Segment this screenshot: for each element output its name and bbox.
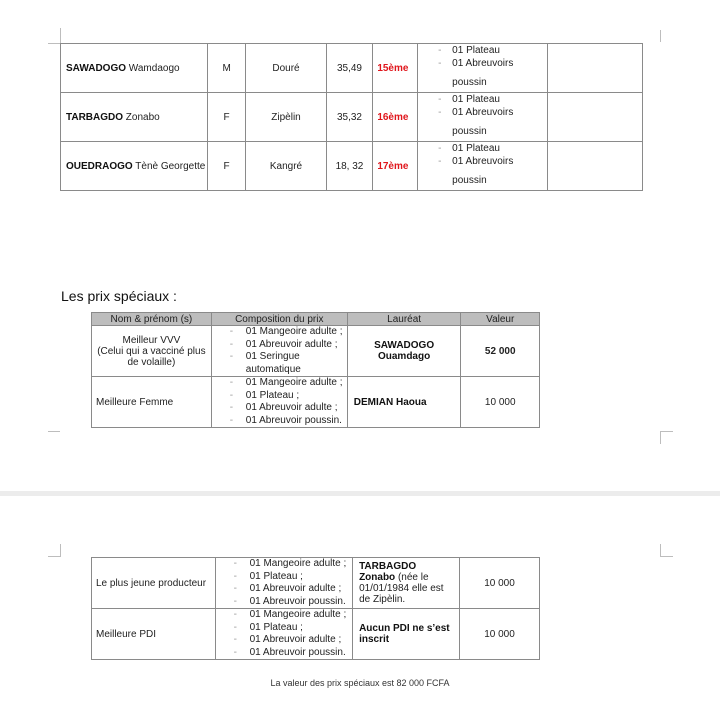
prize-value: 10 000 xyxy=(461,377,540,428)
header-composition: Composition du prix xyxy=(211,313,347,326)
empty-cell xyxy=(548,93,643,142)
prize-list: 01 Plateau01 Abreuvoirspoussin xyxy=(418,93,547,138)
score: 35,49 xyxy=(326,44,373,93)
participant-name: SAWADOGO Wamdaogo xyxy=(61,44,208,93)
last-name: TARBAGDO xyxy=(66,112,123,123)
table-row: TARBAGDO ZonaboFZipèlin35,3216ème01 Plat… xyxy=(61,93,643,142)
table-row: Meilleure PDI01 Mangeoire adulte ;01 Pla… xyxy=(92,609,540,660)
prize-item: 01 Mangeoire adulte ; xyxy=(234,609,353,622)
prize-item: 01 Abreuvoir poussin. xyxy=(230,415,347,428)
laureate-name: SAWADOGO Ouamdago xyxy=(374,340,434,362)
sex: F xyxy=(207,93,246,142)
prize-value: 10 000 xyxy=(460,609,540,660)
prize-name: Meilleure Femme xyxy=(92,377,212,428)
prize-item-continued: poussin xyxy=(438,174,547,187)
prize-item: 01 Mangeoire adulte ; xyxy=(234,558,353,571)
participant-name: TARBAGDO Zonabo xyxy=(61,93,208,142)
prize-item: 01 Abreuvoir adulte ; xyxy=(234,583,353,596)
page-margin-mark xyxy=(48,431,60,444)
score: 18, 32 xyxy=(326,142,373,191)
page-margin-mark xyxy=(660,30,673,42)
participant-name: OUEDRAOGO Tènè Georgette xyxy=(61,142,208,191)
section-heading: Les prix spéciaux : xyxy=(61,288,177,304)
prize-item: 01 Abreuvoirs xyxy=(438,155,547,168)
prize-item-continued: poussin xyxy=(438,76,547,89)
prize-item: 01 Mangeoire adulte ; xyxy=(230,377,347,390)
laureate: DEMIAN Haoua xyxy=(347,377,461,428)
prize-item: 01 Abreuvoir poussin. xyxy=(234,596,353,609)
prize-composition: 01 Plateau01 Abreuvoirspoussin xyxy=(418,44,548,93)
ranking-table: SAWADOGO WamdaogoMDouré35,4915ème01 Plat… xyxy=(60,43,643,191)
page-separator xyxy=(0,491,720,496)
rank: 16ème xyxy=(373,93,418,142)
last-name: OUEDRAOGO xyxy=(66,161,133,172)
special-prizes-table-continued: Le plus jeune producteur01 Mangeoire adu… xyxy=(91,557,540,660)
prize-name: Le plus jeune producteur xyxy=(92,558,216,609)
prize-item: 01 Plateau ; xyxy=(234,571,353,584)
prize-item: 01 Plateau ; xyxy=(234,622,353,635)
header-value: Valeur xyxy=(461,313,540,326)
header-laureate: Lauréat xyxy=(347,313,461,326)
prize-name-line: (Celui qui a vacciné plus de volaille) xyxy=(96,346,207,368)
village: Zipèlin xyxy=(246,93,326,142)
prize-item: 01 Plateau ; xyxy=(230,390,347,403)
village: Douré xyxy=(246,44,326,93)
prize-item: 01 Seringue automatique xyxy=(230,351,347,376)
prize-list: 01 Mangeoire adulte ;01 Plateau ;01 Abre… xyxy=(216,558,353,608)
prize-composition: 01 Mangeoire adulte ;01 Abreuvoir adulte… xyxy=(211,326,347,377)
prize-list: 01 Plateau01 Abreuvoirspoussin xyxy=(418,142,547,187)
prize-item: 01 Plateau xyxy=(438,93,547,106)
table-row: Le plus jeune producteur01 Mangeoire adu… xyxy=(92,558,540,609)
prize-name: Meilleure PDI xyxy=(92,609,216,660)
prize-name-line: Meilleure PDI xyxy=(96,629,211,640)
prize-item-continued: poussin xyxy=(438,125,547,138)
prize-item: 01 Abreuvoir poussin. xyxy=(234,647,353,660)
prize-composition: 01 Mangeoire adulte ;01 Plateau ;01 Abre… xyxy=(215,609,353,660)
prize-item: 01 Abreuvoir adulte ; xyxy=(230,402,347,415)
prize-item: 01 Plateau xyxy=(438,142,547,155)
table-row: Meilleur VVV(Celui qui a vacciné plus de… xyxy=(92,326,540,377)
table-header-row: Nom & prénom (s) Composition du prix Lau… xyxy=(92,313,540,326)
rank: 17ème xyxy=(373,142,418,191)
page-margin-mark xyxy=(660,544,673,557)
prize-name: Meilleur VVV(Celui qui a vacciné plus de… xyxy=(92,326,212,377)
prize-item: 01 Abreuvoir adulte ; xyxy=(230,339,347,352)
prize-list: 01 Mangeoire adulte ;01 Plateau ;01 Abre… xyxy=(216,609,353,659)
prize-value: 10 000 xyxy=(460,558,540,609)
laureate: TARBAGDO Zonabo (née le 01/01/1984 elle … xyxy=(353,558,460,609)
empty-cell xyxy=(548,142,643,191)
prize-name-line: Meilleure Femme xyxy=(96,397,207,408)
table-row: OUEDRAOGO Tènè GeorgetteFKangré18, 3217è… xyxy=(61,142,643,191)
table-row: Meilleure Femme01 Mangeoire adulte ;01 P… xyxy=(92,377,540,428)
prize-item: 01 Abreuvoir adulte ; xyxy=(234,634,353,647)
laureate: SAWADOGO Ouamdago xyxy=(347,326,461,377)
laureate-name: Aucun PDI ne s’est inscrit xyxy=(359,623,450,645)
prize-composition: 01 Plateau01 Abreuvoirspoussin xyxy=(418,93,548,142)
prize-name-line: Le plus jeune producteur xyxy=(96,578,211,589)
special-prizes-table: Nom & prénom (s) Composition du prix Lau… xyxy=(91,312,540,428)
header-name: Nom & prénom (s) xyxy=(92,313,212,326)
prize-item: 01 Mangeoire adulte ; xyxy=(230,326,347,339)
prize-value: 52 000 xyxy=(461,326,540,377)
page-margin-mark xyxy=(660,431,673,444)
prize-composition: 01 Mangeoire adulte ;01 Plateau ;01 Abre… xyxy=(215,558,353,609)
page-margin-mark xyxy=(48,544,61,557)
prize-list: 01 Mangeoire adulte ;01 Abreuvoir adulte… xyxy=(212,326,347,376)
page-margin-mark xyxy=(60,28,61,44)
score: 35,32 xyxy=(326,93,373,142)
prize-item: 01 Abreuvoirs xyxy=(438,106,547,119)
laureate: Aucun PDI ne s’est inscrit xyxy=(353,609,460,660)
rank: 15ème xyxy=(373,44,418,93)
sex: M xyxy=(207,44,246,93)
empty-cell xyxy=(548,44,643,93)
table-row: SAWADOGO WamdaogoMDouré35,4915ème01 Plat… xyxy=(61,44,643,93)
prize-name-line: Meilleur VVV xyxy=(96,335,207,346)
laureate-name: DEMIAN Haoua xyxy=(354,397,427,408)
prize-composition: 01 Plateau01 Abreuvoirspoussin xyxy=(418,142,548,191)
prize-composition: 01 Mangeoire adulte ;01 Plateau ;01 Abre… xyxy=(211,377,347,428)
special-prizes-total: La valeur des prix spéciaux est 82 000 F… xyxy=(0,678,720,688)
prize-list: 01 Mangeoire adulte ;01 Plateau ;01 Abre… xyxy=(212,377,347,427)
last-name: SAWADOGO xyxy=(66,63,126,74)
sex: F xyxy=(207,142,246,191)
prize-list: 01 Plateau01 Abreuvoirspoussin xyxy=(418,44,547,89)
prize-item: 01 Plateau xyxy=(438,44,547,57)
prize-item: 01 Abreuvoirs xyxy=(438,57,547,70)
village: Kangré xyxy=(246,142,326,191)
